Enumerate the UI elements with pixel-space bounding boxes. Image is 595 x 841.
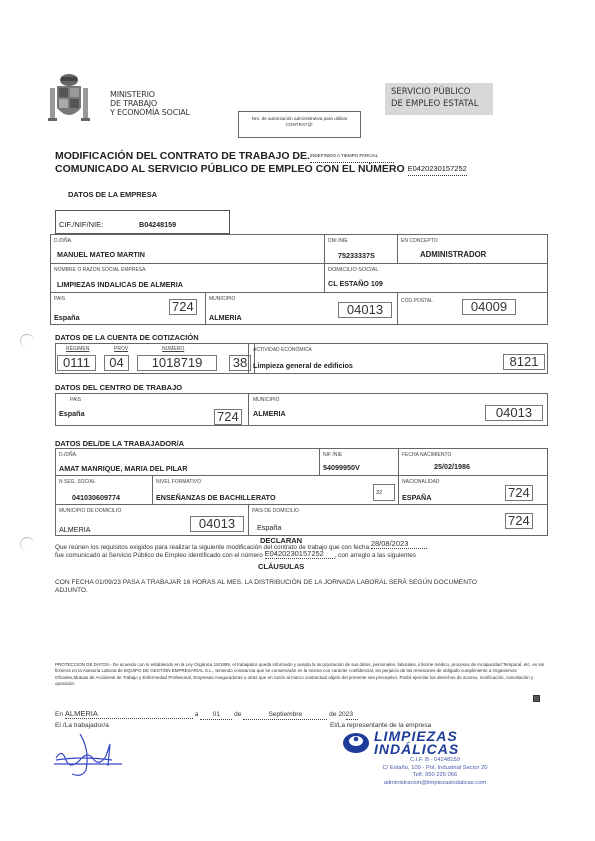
title-line2: COMUNICADO AL SERVICIO PÚBLICO DE EMPLEO… [55,163,405,175]
nacionalidad-value: ESPAÑA [402,493,431,502]
authorization-box: Nro. de autorización administrativa para… [238,111,361,138]
nacionalidad-cell: NACIONALIDAD ESPAÑA 724 [398,475,548,505]
stamp-address: C/ Estaño, 109 - Pol. Industrial Sector … [340,765,530,773]
declaran-line2: fue comunicado al Servicio Público de Em… [55,552,263,559]
spain-coat-of-arms-icon [48,72,90,124]
section-title-empresa: DATOS DE LA EMPRESA [68,190,157,199]
centro-grid: PAIS España 724 MUNICIPIO ALMERIA 04013 [55,393,548,426]
ministry-name: MINISTERIO DE TRABAJO Y ECONOMÍA SOCIAL [110,90,190,117]
firma-lugar: ALMERIA [65,710,193,719]
trabajador-grid: D./DÑA. AMAT MANRIQUE, MARIA DEL PILAR N… [55,448,548,536]
actividad-cell: ACTIVIDAD ECONÓMICA Limpieza general de … [248,343,548,374]
regimen-label: RÉGIMEN [66,346,89,352]
title-line1: MODIFICACIÓN DEL CONTRATO DE TRABAJO DE. [55,150,310,162]
ministry-line: DE TRABAJO [110,99,190,108]
centro-pais-cell: PAIS España 724 [55,393,249,426]
prov-value: 04 [104,355,129,371]
razon-social-value: LIMPIEZAS INDALICAS DE ALMERIA [57,280,183,289]
municipio-label: MUNICIPIO [209,296,235,302]
stamp-email: administracion@limpiezasindalicas.com [340,780,530,788]
de-label: de [234,711,241,718]
pais-code: 724 [169,299,197,315]
representative-label: D./DÑA. [54,238,72,244]
stamp-cif: C.I.F. B - 04248159 [340,757,530,765]
stamp-name-line2: INDÁLICAS [374,743,459,756]
nivel-code: 32 [373,484,395,501]
dni-value: 75233337S [338,251,375,260]
firma-dia: 01 [200,711,232,720]
nacionalidad-code: 724 [505,485,533,501]
cif-box: CIF./NIF/NIE: B04248159 [55,210,230,234]
declaran-numero: E0420230157252 [265,550,335,559]
declaran-line2-suffix: , con arreglo a las siguientes [335,552,416,559]
centro-municipio-cell: MUNICIPIO ALMERIA 04013 [248,393,548,426]
section-title-cotizacion: DATOS DE LA CUENTA DE COTIZACIÓN [55,333,199,342]
numero-label: NUMERO [162,346,184,352]
concepto-label: EN CONCEPTO [401,238,438,244]
firma-mes: Septiembre [243,711,327,720]
centro-pais-code: 724 [214,409,242,425]
mun-dom-cell: MUNICIPIO DE DOMICILIO ALMERIA 04013 [55,504,249,536]
company-stamp: LIMPIEZAS INDÁLICAS C.I.F. B - 04248159 … [340,730,530,787]
actividad-value: Limpieza general de edificios [253,361,353,370]
sepe-line: DE EMPLEO ESTATAL [391,98,487,110]
pais-dom-code: 724 [505,513,533,529]
concepto-value: ADMINISTRADOR [420,250,486,259]
anio-prefix: de 20 [329,711,346,718]
sepe-line: SERVICIO PÚBLICO [391,86,487,98]
section-title-trabajador: DATOS DEL/DE LA TRABAJADOR/A [55,439,184,448]
nombre-label: D./DÑA. [59,452,77,458]
representative-value: MANUEL MATEO MARTIN [57,250,145,259]
pais-dom-value: España [257,523,281,532]
sepe-label: SERVICIO PÚBLICO DE EMPLEO ESTATAL [385,83,493,115]
worker-signature [52,730,142,785]
trabajador-signature-label: El /La trabajador/a [55,722,109,730]
stamp-phone: Telf. 950 225 066 [340,772,530,780]
punch-hole-mark [20,334,34,348]
nacionalidad-label: NACIONALIDAD [402,479,440,485]
centro-pais-label: PAIS [70,397,81,403]
punch-hole-mark [20,537,34,551]
nombre-cell: D./DÑA. AMAT MANRIQUE, MARIA DEL PILAR [55,448,320,476]
pais-dom-label: PAIS DE DOMICILIO [252,508,299,514]
centro-municipio-code: 04013 [485,405,543,421]
data-protection-text: PROTECCION DE DATOS.- De acuerdo con lo … [55,662,545,688]
centro-municipio-value: ALMERIA [253,409,286,418]
nivel-value: ENSEÑANZAS DE BACHILLERATO [156,493,276,502]
contract-type: INDEFINIDO A TIEMPO PARCIAL [310,150,394,163]
fecha-nac-value: 25/02/1986 [434,462,470,471]
clausulas-title: CLÁUSULAS [258,562,304,571]
en-label: En [55,711,63,718]
fecha-nac-label: FECHA NACIMIENTO [402,452,451,458]
ministry-line: MINISTERIO [110,90,190,99]
domicilio-value: CL ESTAÑO 109 [328,279,383,288]
mun-dom-label: MUNICIPIO DE DOMICILIO [59,508,121,514]
empresa-grid: D./DÑA. MANUEL MATEO MARTIN DNI /NIE 752… [50,234,548,325]
mun-dom-value: ALMERIA [59,525,91,534]
nivel-cell: NIVEL FORMATIVO ENSEÑANZAS DE BACHILLERA… [152,475,399,505]
centro-pais-value: España [59,409,85,418]
auth-line: CONTRAT@: [239,122,360,128]
section-title-centro: DATOS DEL CENTRO DE TRABAJO [55,383,182,392]
representative-cell: D./DÑA. MANUEL MATEO MARTIN [50,234,325,264]
razon-social-label: NOMBRE O RAZON SOCIAL EMPRESA [54,267,146,273]
nombre-value: AMAT MANRIQUE, MARIA DEL PILAR [59,464,187,473]
cp-cell: CÓD.POSTAL 04009 [397,292,548,325]
pais-label: PAIS [54,296,65,302]
company-logo-icon [342,732,370,754]
expand-icon[interactable] [533,695,540,702]
firma-anio: 23 [346,711,358,720]
ministry-line: Y ECONOMÍA SOCIAL [110,108,190,117]
nss-value: 041030609774 [72,493,120,502]
declaran-fecha: 28/08/2023 [371,540,427,549]
document-title: MODIFICACIÓN DEL CONTRATO DE TRABAJO DE.… [55,150,467,176]
concepto-cell: EN CONCEPTO ADMINISTRADOR [397,234,548,264]
ccc-cell: RÉGIMEN 0111 PROV 04 NUMERO 1018719 38 [55,343,255,374]
nif-label: NIF /NIE [323,452,342,458]
prov-label: PROV [114,346,128,352]
centro-municipio-label: MUNICIPIO [253,397,279,403]
municipio-cell: MUNICIPIO ALMERIA 04013 [205,292,398,325]
actividad-label: ACTIVIDAD ECONÓMICA [253,347,312,353]
dni-label: DNI /NIE [328,238,348,244]
a-label: a [195,711,199,718]
domicilio-cell: DOMICILIO SOCIAL CL ESTAÑO 109 [324,263,548,293]
nivel-label: NIVEL FORMATIVO [156,479,201,485]
nss-label: N SEG. SOCIAL [59,479,96,485]
cp-value: 04009 [462,299,516,315]
regimen-value: 0111 [57,355,96,371]
actividad-code: 8121 [503,354,545,370]
nif-value: 54099950V [323,463,360,472]
cif-label: CIF./NIF/NIE: [59,220,103,229]
razon-social-cell: NOMBRE O RAZON SOCIAL EMPRESA LIMPIEZAS … [50,263,325,293]
numero-value: 1018719 [137,355,217,371]
cif-value: B04248159 [139,220,176,229]
fecha-nac-cell: FECHA NACIMIENTO 25/02/1986 [398,448,548,476]
pais-cell: PAIS España 724 [50,292,206,325]
pais-dom-cell: PAIS DE DOMICILIO España 724 [248,504,548,536]
dni-cell: DNI /NIE 75233337S [324,234,398,264]
municipio-code: 04013 [338,302,392,318]
nss-cell: N SEG. SOCIAL 041030609774 [55,475,153,505]
communication-number: E0420230157252 [408,163,467,176]
declaran-text: Que reúnen los requisitos exigidos para … [55,544,555,560]
firma-line: En ALMERIA a 01 de Septiembre de 2023 [55,710,358,720]
mun-dom-code: 04013 [190,516,244,532]
municipio-value: ALMERIA [209,313,242,322]
cotizacion-grid: RÉGIMEN 0111 PROV 04 NUMERO 1018719 38 A… [55,343,548,374]
clausulas-text: CON FECHA 01/09/23 PASA A TRABAJAR 16 HO… [55,579,485,595]
cp-label: CÓD.POSTAL [401,298,433,304]
pais-value: España [54,313,80,322]
nif-cell: NIF /NIE 54099950V [319,448,399,476]
domicilio-label: DOMICILIO SOCIAL [328,267,378,273]
